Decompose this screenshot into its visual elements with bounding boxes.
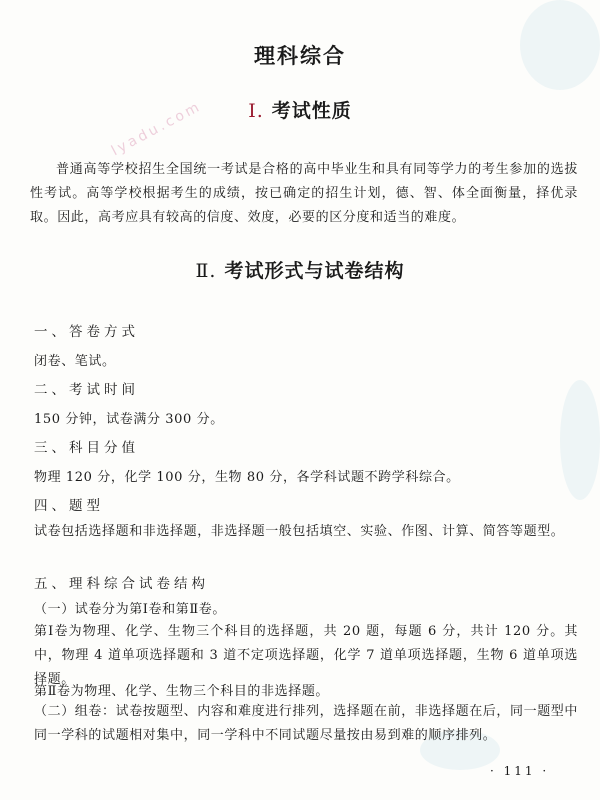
subsection-heading: 五、理科综合试卷结构 [34,572,209,592]
structure-item: （一）试卷分为第Ⅰ卷和第Ⅱ卷。 [34,598,226,617]
section-number: Ⅰ. [248,100,264,122]
section-number: Ⅱ. [196,260,217,282]
subsection-heading: 一、答卷方式 [34,320,139,340]
subsection-heading: 二、考试时间 [34,378,139,398]
section-1-body: 普通高等学校招生全国统一考试是合格的高中毕业生和具有同等学力的考生参加的选拔性考… [30,158,578,230]
subsection-heading: 四、题型 [34,494,104,514]
page-number: · 111 · [490,764,549,778]
subsection-text: 物理 120 分，化学 100 分，生物 80 分，各学科试题不跨学科综合。 [34,466,460,485]
section-heading-text: 考试形式与试卷结构 [224,260,404,282]
structure-item: 第Ⅱ卷为物理、化学、生物三个科目的非选择题。 [34,680,329,699]
section-heading-2: Ⅱ.考试形式与试卷结构 [0,256,600,283]
subsection-text: 150 分钟，试卷满分 300 分。 [34,408,224,427]
scan-smudge [560,380,600,500]
subsection-heading: 三、科目分值 [34,436,139,456]
page-title: 理科综合 [0,40,600,70]
structure-item: （二）组卷：试卷按题型、内容和难度进行排列，选择题在前，非选择题在后，同一题型中… [34,700,578,748]
document-page: lyadu.com 理科综合 Ⅰ.考试性质 普通高等学校招生全国统一考试是合格的… [0,0,600,800]
section-heading-text: 考试性质 [272,100,352,122]
subsection-text: 试卷包括选择题和非选择题，非选择题一般包括填空、实验、作图、计算、简答等题型。 [34,520,578,544]
subsection-text: 闭卷、笔试。 [34,350,116,369]
section-heading-1: Ⅰ.考试性质 [0,96,600,123]
